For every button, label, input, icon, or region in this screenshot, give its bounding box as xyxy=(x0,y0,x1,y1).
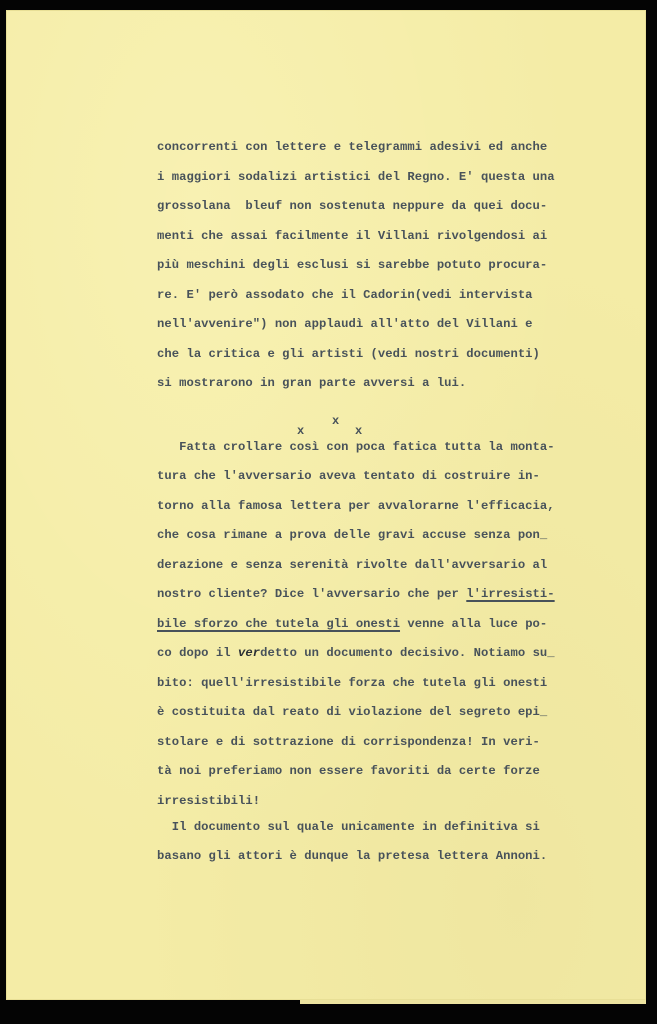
separator-mark: x xyxy=(355,424,362,438)
separator-mark: x xyxy=(332,414,339,428)
text-line: bile sforzo che tutela gli onesti venne … xyxy=(157,615,597,645)
text-line: che la critica e gli artisti (vedi nostr… xyxy=(157,345,597,375)
typewritten-body: concorrenti con lettere e telegrammi ade… xyxy=(157,138,597,877)
text-line: irresistibili! xyxy=(157,792,597,818)
separator-space xyxy=(157,404,597,438)
text-line: torno alla famosa lettera per avvalorarn… xyxy=(157,497,597,527)
underlined-phrase: bile sforzo che tutela gli onesti xyxy=(157,617,400,631)
text-line: re. E' però assodato che il Cadorin(vedi… xyxy=(157,286,597,316)
text-line: concorrenti con lettere e telegrammi ade… xyxy=(157,138,597,168)
text-line: nell'avvenire") non applaudì all'atto de… xyxy=(157,315,597,345)
text-line: derazione e senza serenità rivolte dall'… xyxy=(157,556,597,586)
text-span: venne alla luce po- xyxy=(400,617,547,631)
text-span: co dopo il xyxy=(157,646,238,660)
text-span: nostro cliente? Dice l'avversario che pe… xyxy=(157,587,466,601)
text-line: tura che l'avversario aveva tentato di c… xyxy=(157,467,597,497)
text-line: Il documento sul quale unicamente in def… xyxy=(157,818,597,848)
text-line: si mostrarono in gran parte avversi a lu… xyxy=(157,374,597,404)
text-span: detto un documento decisivo. Notiamo su_ xyxy=(260,646,555,660)
text-line: grossolana bleuf non sostenuta neppure d… xyxy=(157,197,597,227)
text-line: i maggiori sodalizi artistici del Regno.… xyxy=(157,168,597,198)
text-line: stolare e di sottrazione di corrisponden… xyxy=(157,733,597,763)
text-line: nostro cliente? Dice l'avversario che pe… xyxy=(157,585,597,615)
text-line: tà noi preferiamo non essere favoriti da… xyxy=(157,762,597,792)
text-line: è costituita dal reato di violazione del… xyxy=(157,703,597,733)
text-line: bito: quell'irresistibile forza che tute… xyxy=(157,674,597,704)
scanned-page-viewport: concorrenti con lettere e telegrammi ade… xyxy=(0,0,657,1024)
text-line: più meschini degli esclusi si sarebbe po… xyxy=(157,256,597,286)
text-line: basano gli attori è dunque la pretesa le… xyxy=(157,847,597,877)
text-line: menti che assai facilmente il Villani ri… xyxy=(157,227,597,257)
underlined-phrase: l'irresisti- xyxy=(466,587,554,601)
handwritten-correction: ver xyxy=(238,646,260,660)
text-line: che cosa rimane a prova delle gravi accu… xyxy=(157,526,597,556)
text-line: co dopo il verdetto un documento decisiv… xyxy=(157,644,597,674)
text-line: Fatta crollare così con poca fatica tutt… xyxy=(157,438,597,468)
separator-mark: x xyxy=(297,424,304,438)
